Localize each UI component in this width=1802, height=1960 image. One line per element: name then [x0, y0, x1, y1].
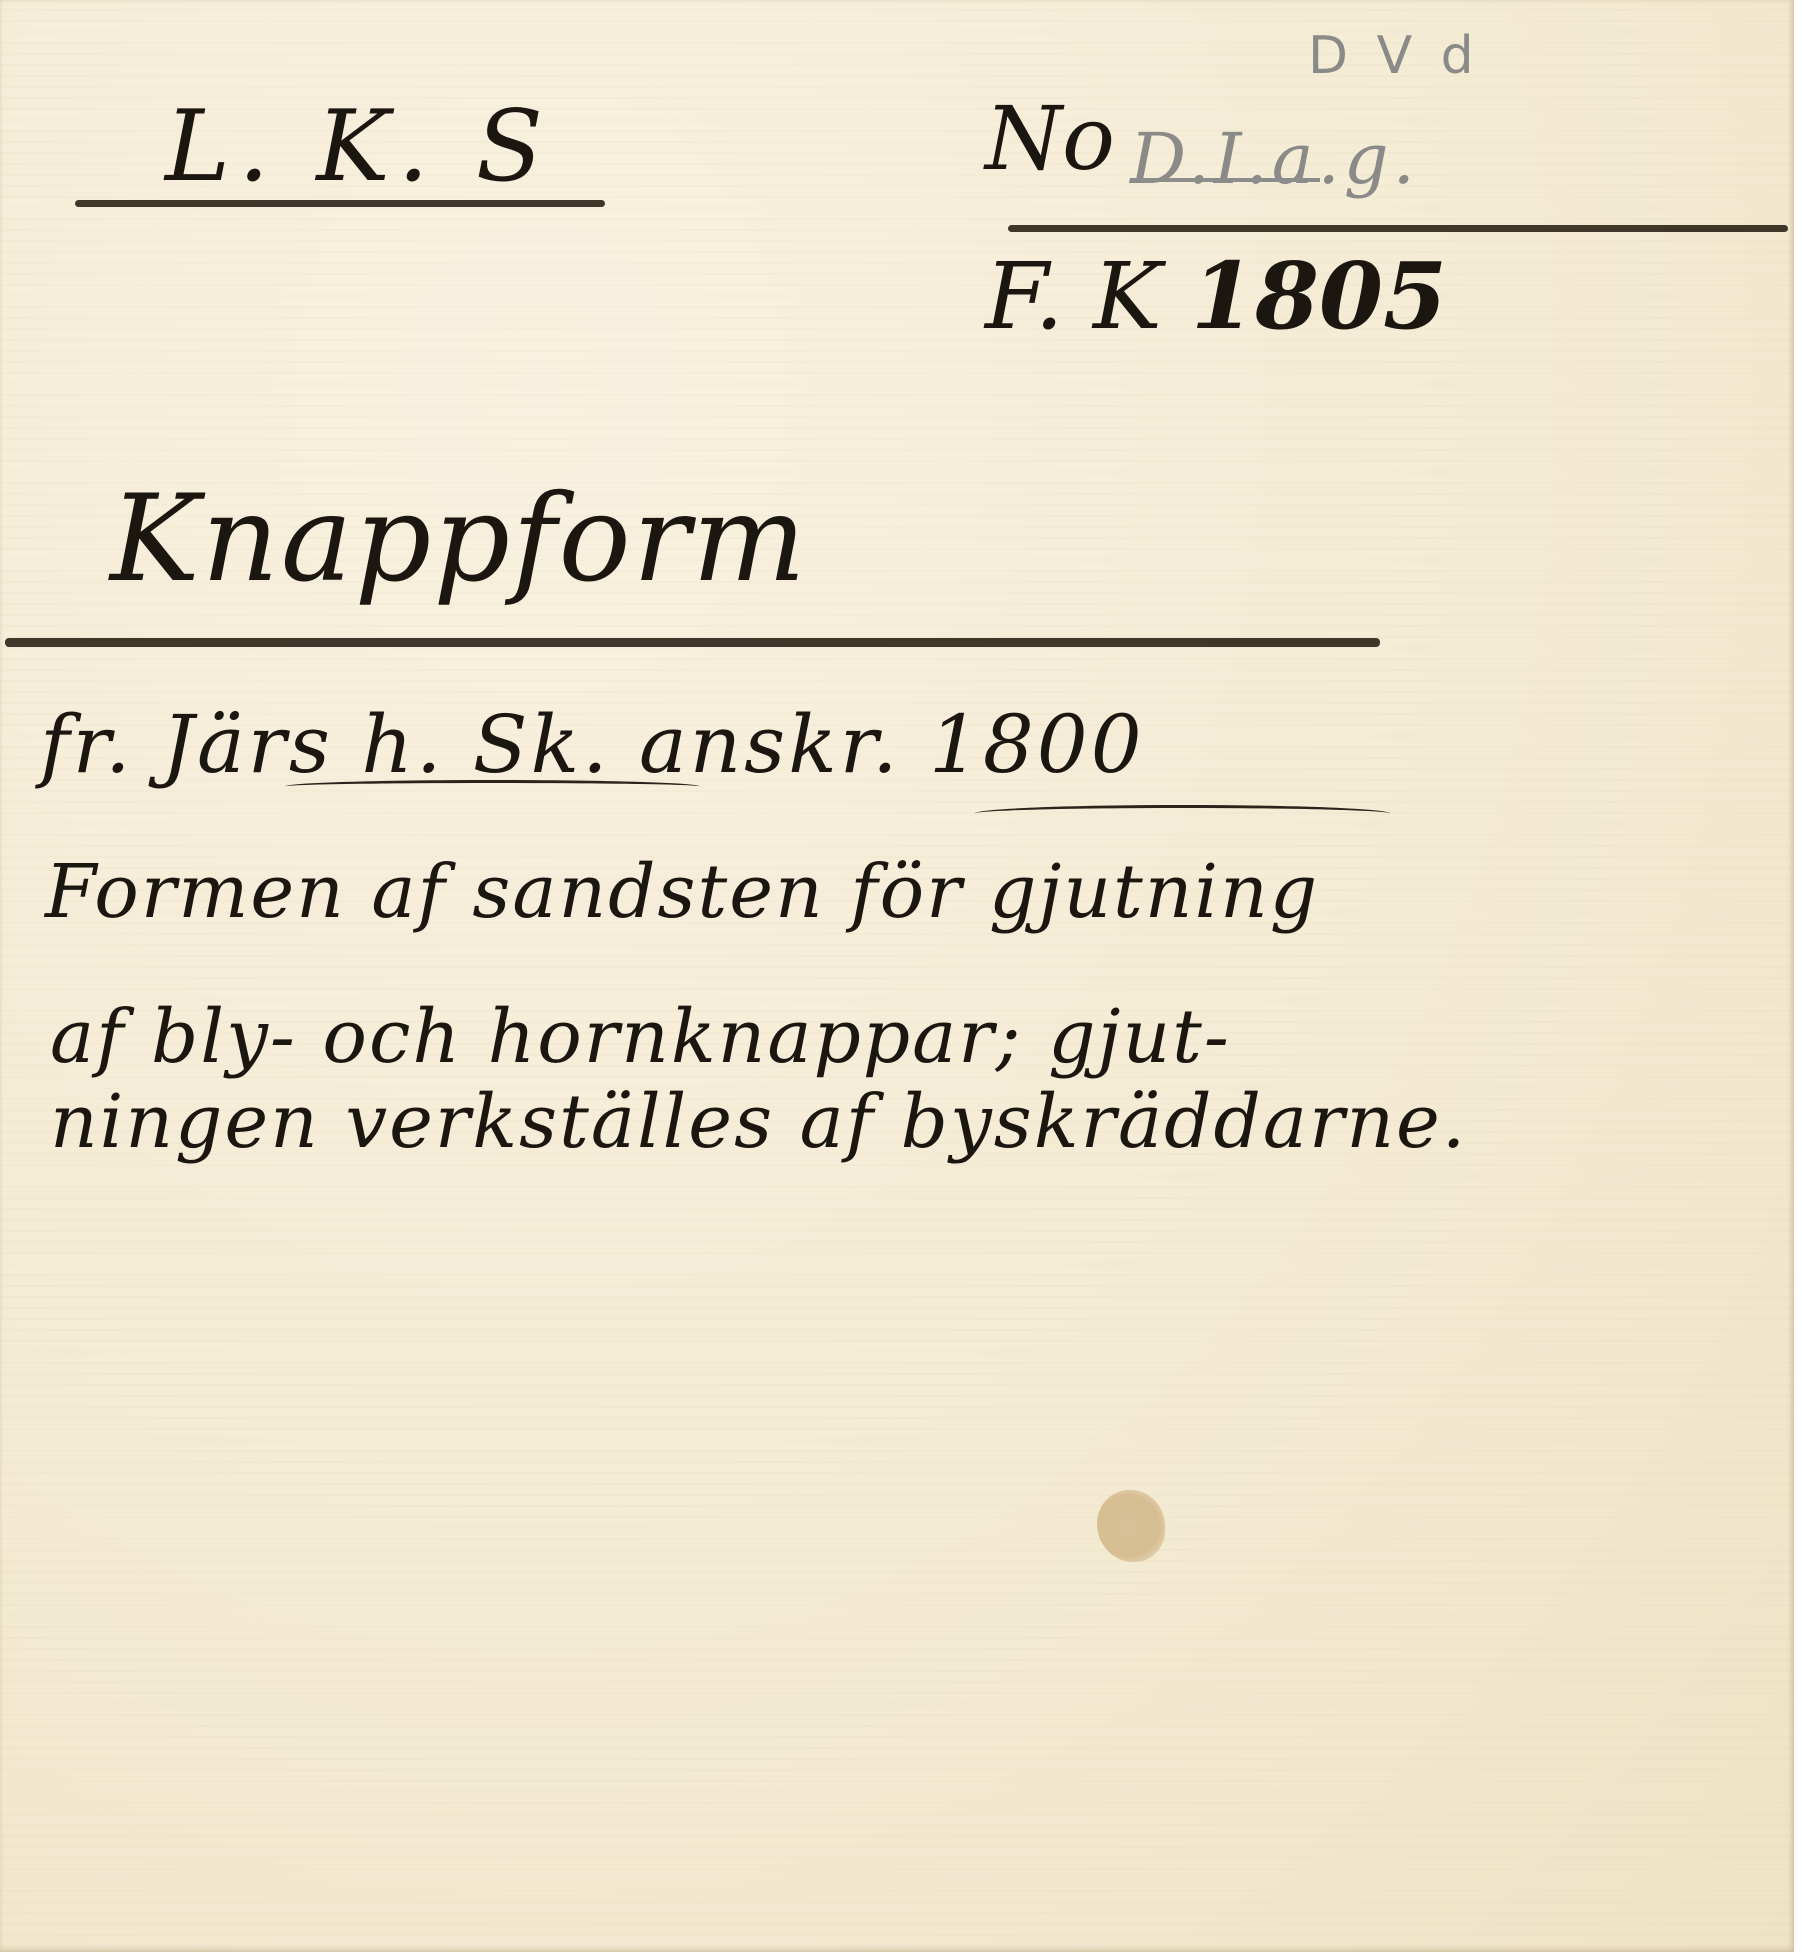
struck-old-number: D.I.a.g. — [1130, 118, 1419, 200]
pencil-shelfmark: D V d — [1308, 30, 1480, 82]
index-card-paper: L. K. S D V d No D.I.a.g. F. K 1805 Knap… — [0, 0, 1794, 1952]
source-line: fr. Järs h. Sk. anskr. 1800 — [40, 705, 1145, 785]
header-right-rule — [1008, 225, 1788, 232]
paper-stain — [1097, 1490, 1165, 1562]
title-rule — [5, 638, 1380, 647]
date-underline — [975, 805, 1390, 822]
description-line-2: af bly- och hornknappar; gjut- — [50, 1000, 1231, 1074]
header-left-rule — [75, 200, 605, 207]
reference-year: 1805 — [1191, 242, 1447, 350]
reference-prefix: F. K — [985, 243, 1162, 350]
description-line-3: ningen verkställes af byskräddarne. — [50, 1085, 1467, 1159]
card-title: Knappform — [110, 480, 808, 600]
reference-number: F. K 1805 — [985, 250, 1447, 343]
number-label: No — [985, 95, 1115, 183]
strikethrough-line — [1130, 178, 1320, 182]
collection-mark: L. K. S — [165, 98, 551, 196]
source-underline — [285, 780, 700, 793]
description-line-1: Formen af sandsten för gjutning — [45, 855, 1319, 929]
